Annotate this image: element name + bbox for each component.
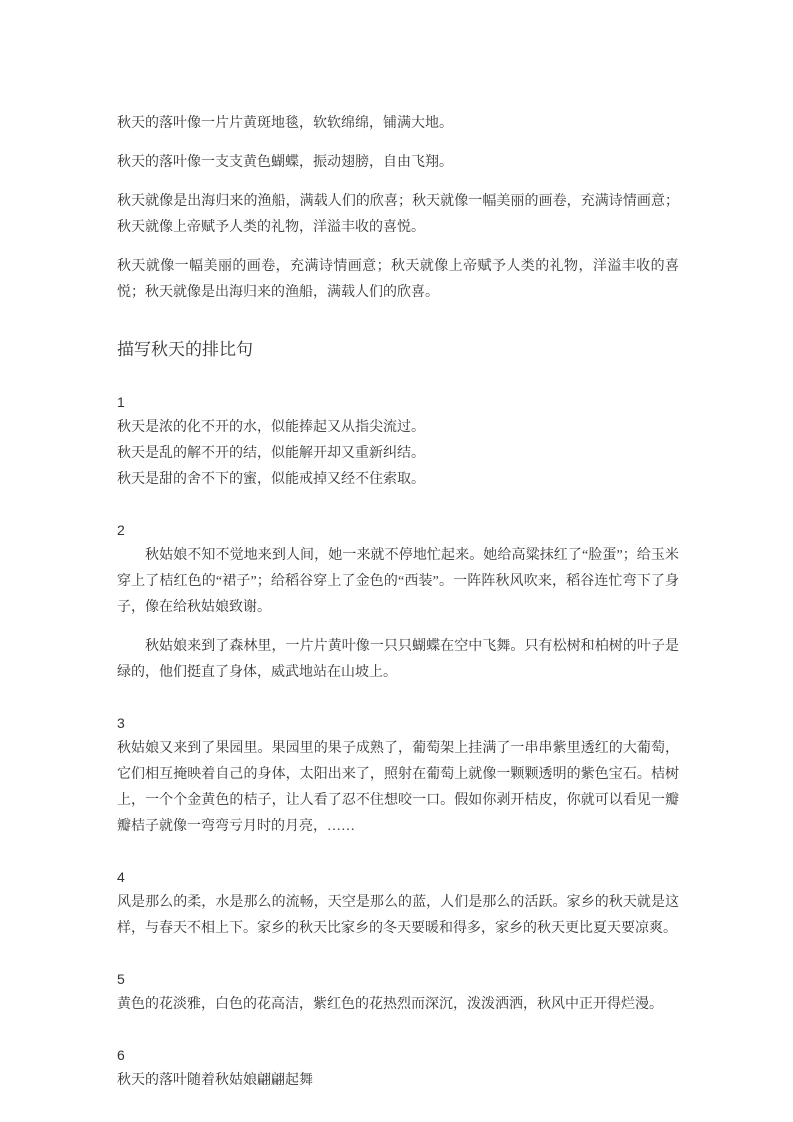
intro-paragraph: 秋天就像一幅美丽的画卷，充满诗情画意；秋天就像上帝赋予人类的礼物，洋溢丰收的喜悦… [117, 254, 679, 306]
section-paragraph: 秋天的落叶随着秋姑娘翩翩起舞 [117, 1068, 679, 1094]
section-paragraph: 秋天是浓的化不开的水，似能捧起又从指尖流过。 [117, 415, 679, 441]
section-1: 1 秋天是浓的化不开的水，似能捧起又从指尖流过。 秋天是乱的解不开的结，似能解开… [117, 389, 679, 493]
section-5: 5 黄色的花淡雅，白色的花高洁，紫红色的花热烈而深沉，泼泼洒洒，秋风中正开得烂漫… [117, 966, 679, 1018]
section-number: 2 [117, 517, 679, 543]
document-content: 秋天的落叶像一片片黄斑地毯，软软绵绵，铺满大地。 秋天的落叶像一支支黄色蝴蝶，振… [117, 111, 679, 1094]
section-paragraph: 秋姑娘不知不觉地来到人间，她一来就不停地忙起来。她给高粱抹红了“脸蛋”；给玉米穿… [117, 543, 679, 621]
section-3: 3 秋姑娘又来到了果园里。果园里的果子成熟了，葡萄架上挂满了一串串紫里透红的大葡… [117, 710, 679, 840]
section-paragraph: 黄色的花淡雅，白色的花高洁，紫红色的花热烈而深沉，泼泼洒洒，秋风中正开得烂漫。 [117, 992, 679, 1018]
section-paragraph: 秋天是乱的解不开的结，似能解开却又重新纠结。 [117, 441, 679, 467]
section-number: 4 [117, 864, 679, 890]
intro-paragraph: 秋天的落叶像一支支黄色蝴蝶，振动翅膀，自由飞翔。 [117, 150, 679, 176]
section-paragraph: 秋姑娘又来到了果园里。果园里的果子成熟了，葡萄架上挂满了一串串紫里透红的大葡萄，… [117, 736, 679, 840]
section-number: 3 [117, 710, 679, 736]
section-paragraph: 秋天是甜的舍不下的蜜，似能戒掉又经不住索取。 [117, 467, 679, 493]
intro-paragraph: 秋天就像是出海归来的渔船，满载人们的欣喜；秋天就像一幅美丽的画卷，充满诗情画意；… [117, 189, 679, 241]
intro-block: 秋天的落叶像一片片黄斑地毯，软软绵绵，铺满大地。 秋天的落叶像一支支黄色蝴蝶，振… [117, 111, 679, 306]
section-4: 4 风是那么的柔，水是那么的流畅，天空是那么的蓝，人们是那么的活跃。家乡的秋天就… [117, 864, 679, 942]
document-page: 秋天的落叶像一片片黄斑地毯，软软绵绵，铺满大地。 秋天的落叶像一支支黄色蝴蝶，振… [0, 0, 793, 1122]
section-number: 5 [117, 966, 679, 992]
section-number: 1 [117, 389, 679, 415]
section-paragraph: 风是那么的柔，水是那么的流畅，天空是那么的蓝，人们是那么的活跃。家乡的秋天就是这… [117, 890, 679, 942]
section-6: 6 秋天的落叶随着秋姑娘翩翩起舞 [117, 1042, 679, 1094]
section-number: 6 [117, 1042, 679, 1068]
section-paragraph: 秋姑娘来到了森林里，一片片黄叶像一只只蝴蝶在空中飞舞。只有松树和柏树的叶子是绿的… [117, 634, 679, 686]
section-2: 2 秋姑娘不知不觉地来到人间，她一来就不停地忙起来。她给高粱抹红了“脸蛋”；给玉… [117, 517, 679, 686]
page-title: 描写秋天的排比句 [117, 335, 679, 365]
intro-paragraph: 秋天的落叶像一片片黄斑地毯，软软绵绵，铺满大地。 [117, 111, 679, 137]
